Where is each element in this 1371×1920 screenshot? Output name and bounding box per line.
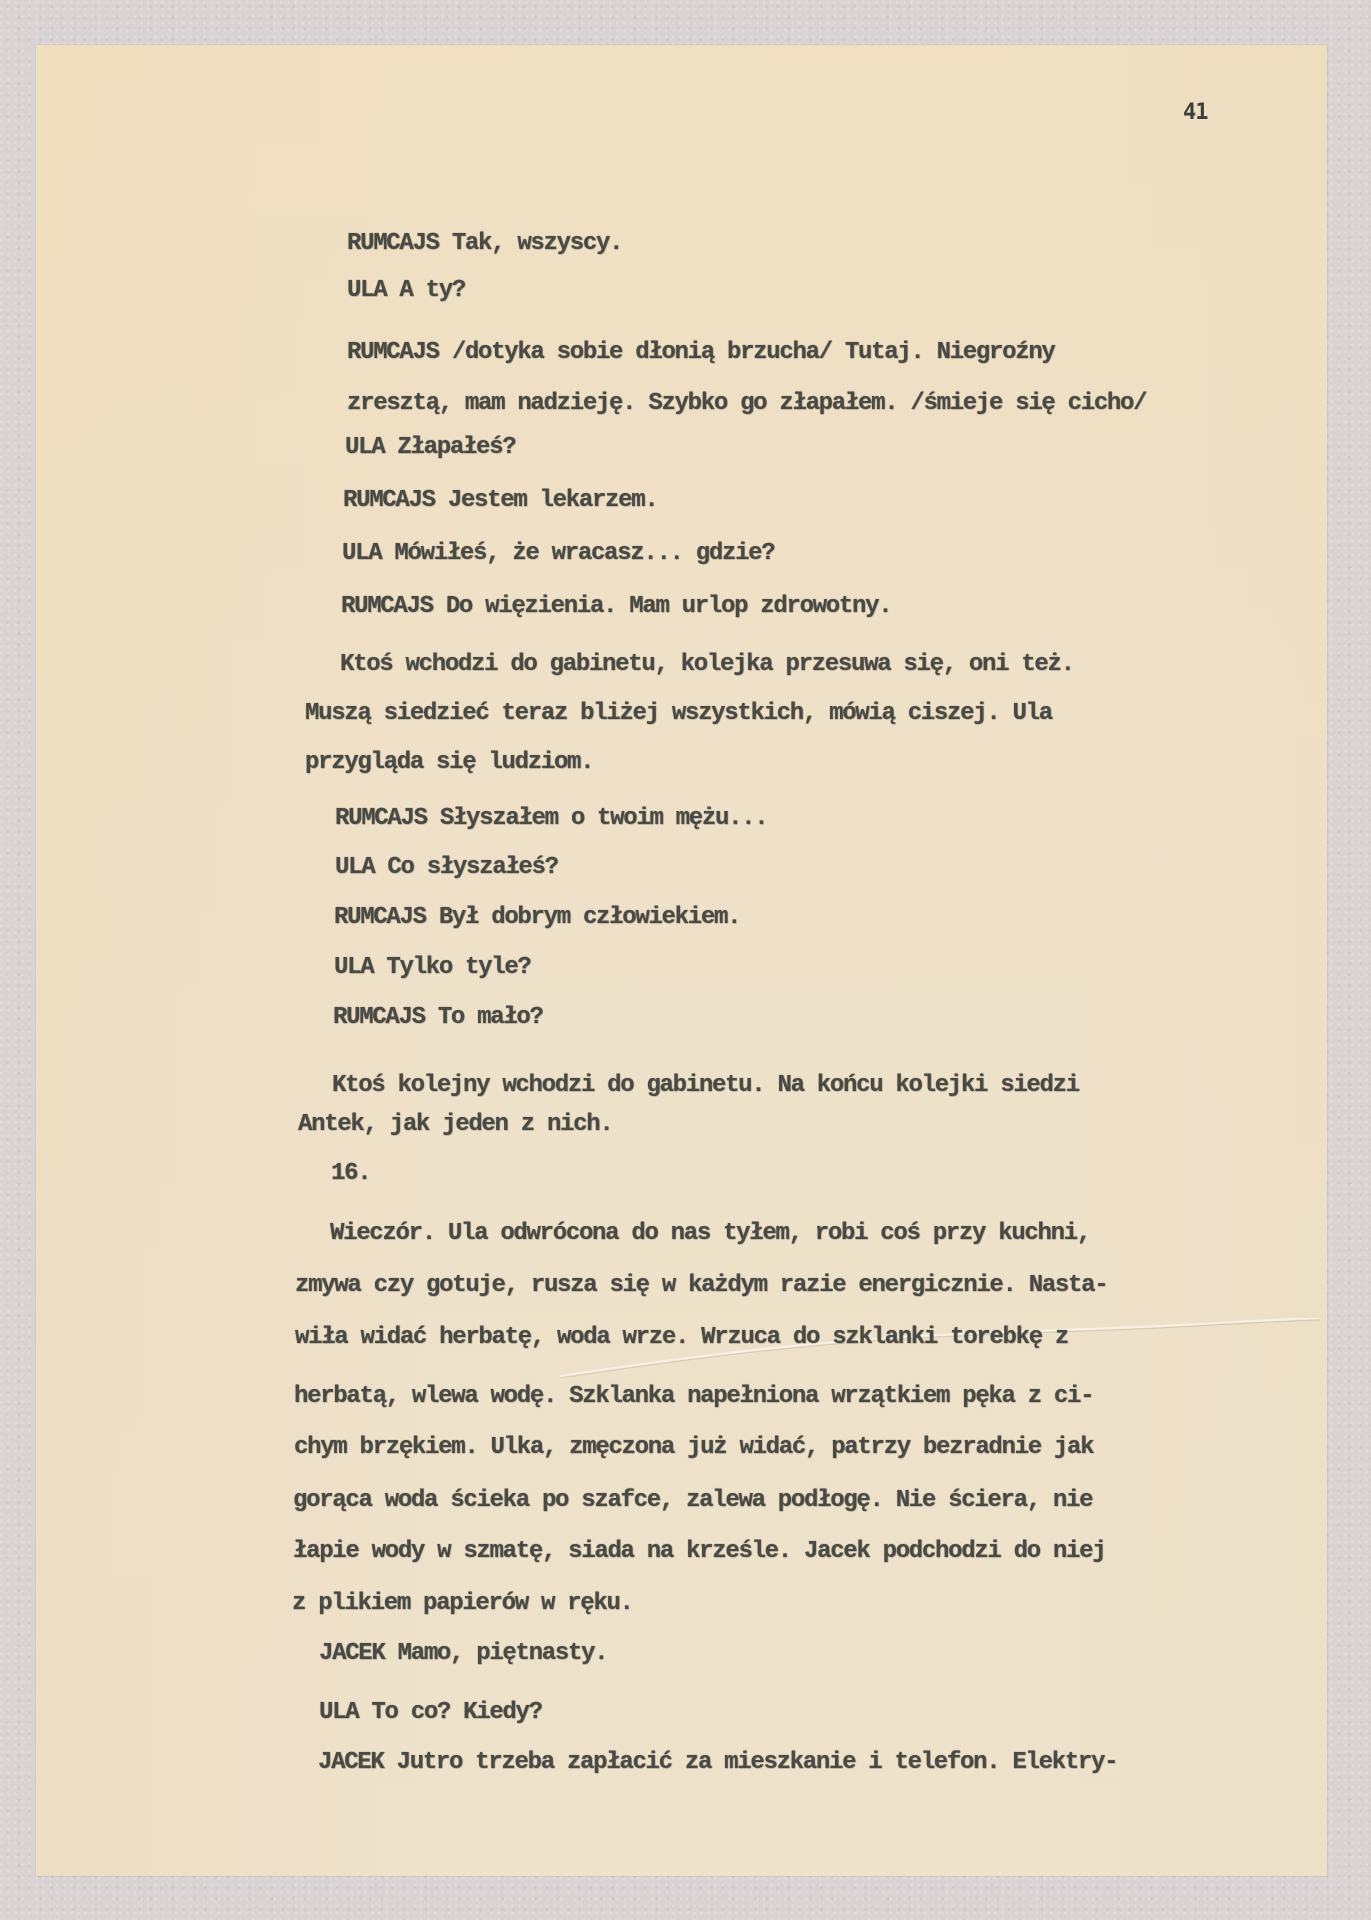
text-line: RUMCAJS Jestem lekarzem. [343, 487, 657, 514]
text-line: Ktoś wchodzi do gabinetu, kolejka przesu… [340, 651, 1074, 678]
text-line: RUMCAJS Do więzienia. Mam urlop zdrowotn… [341, 593, 891, 620]
text-line: JACEK Jutro trzeba zapłacić za mieszkani… [318, 1749, 1117, 1776]
text-line: ULA To co? Kiedy? [319, 1699, 542, 1726]
text-line: łapie wody w szmatę, siada na krześle. J… [293, 1538, 1105, 1565]
text-line: wiła widać herbatę, woda wrze. Wrzuca do… [295, 1324, 1068, 1351]
text-line: herbatą, wlewa wodę. Szklanka napełniona… [294, 1383, 1093, 1410]
text-line: JACEK Mamo, piętnasty. [319, 1640, 607, 1667]
text-line: ULA Mówiłeś, że wracasz... gdzie? [342, 540, 774, 567]
text-line: RUMCAJS /dotyka sobie dłonią brzucha/ Tu… [347, 339, 1055, 366]
text-line: Ktoś kolejny wchodzi do gabinetu. Na koń… [332, 1072, 1079, 1099]
text-line: zmywa czy gotuje, rusza się w każdym raz… [295, 1272, 1107, 1299]
text-line: gorąca woda ścieka po szafce, zalewa pod… [293, 1487, 1092, 1514]
text-line: RUMCAJS To mało? [333, 1004, 543, 1031]
text-line: Antek, jak jeden z nich. [298, 1111, 612, 1138]
text-line: z plikiem papierów w ręku. [292, 1590, 633, 1617]
text-line: RUMCAJS Był dobrym człowiekiem. [334, 904, 740, 931]
text-line: RUMCAJS Słyszałem o twoim mężu... [335, 805, 767, 832]
text-line: RUMCAJS Tak, wszyscy. [347, 230, 622, 257]
text-line: przygląda się ludziom. [305, 749, 593, 776]
text-line: ULA Złapałeś? [345, 434, 515, 461]
text-line: Wieczór. Ula odwrócona do nas tyłem, rob… [330, 1220, 1090, 1247]
text-line: 16. [331, 1160, 370, 1187]
text-line: zresztą, mam nadzieję. Szybko go złapałe… [347, 390, 1146, 417]
text-line: ULA A ty? [347, 277, 465, 304]
text-line: ULA Co słyszałeś? [335, 854, 558, 881]
page-number: 41 [1183, 100, 1208, 125]
text-line: chym brzękiem. Ulka, zmęczona już widać,… [294, 1434, 1093, 1461]
text-line: ULA Tylko tyle? [334, 954, 531, 981]
text-line: Muszą siedzieć teraz bliżej wszystkich, … [305, 700, 1052, 727]
typewritten-page [36, 45, 1327, 1876]
